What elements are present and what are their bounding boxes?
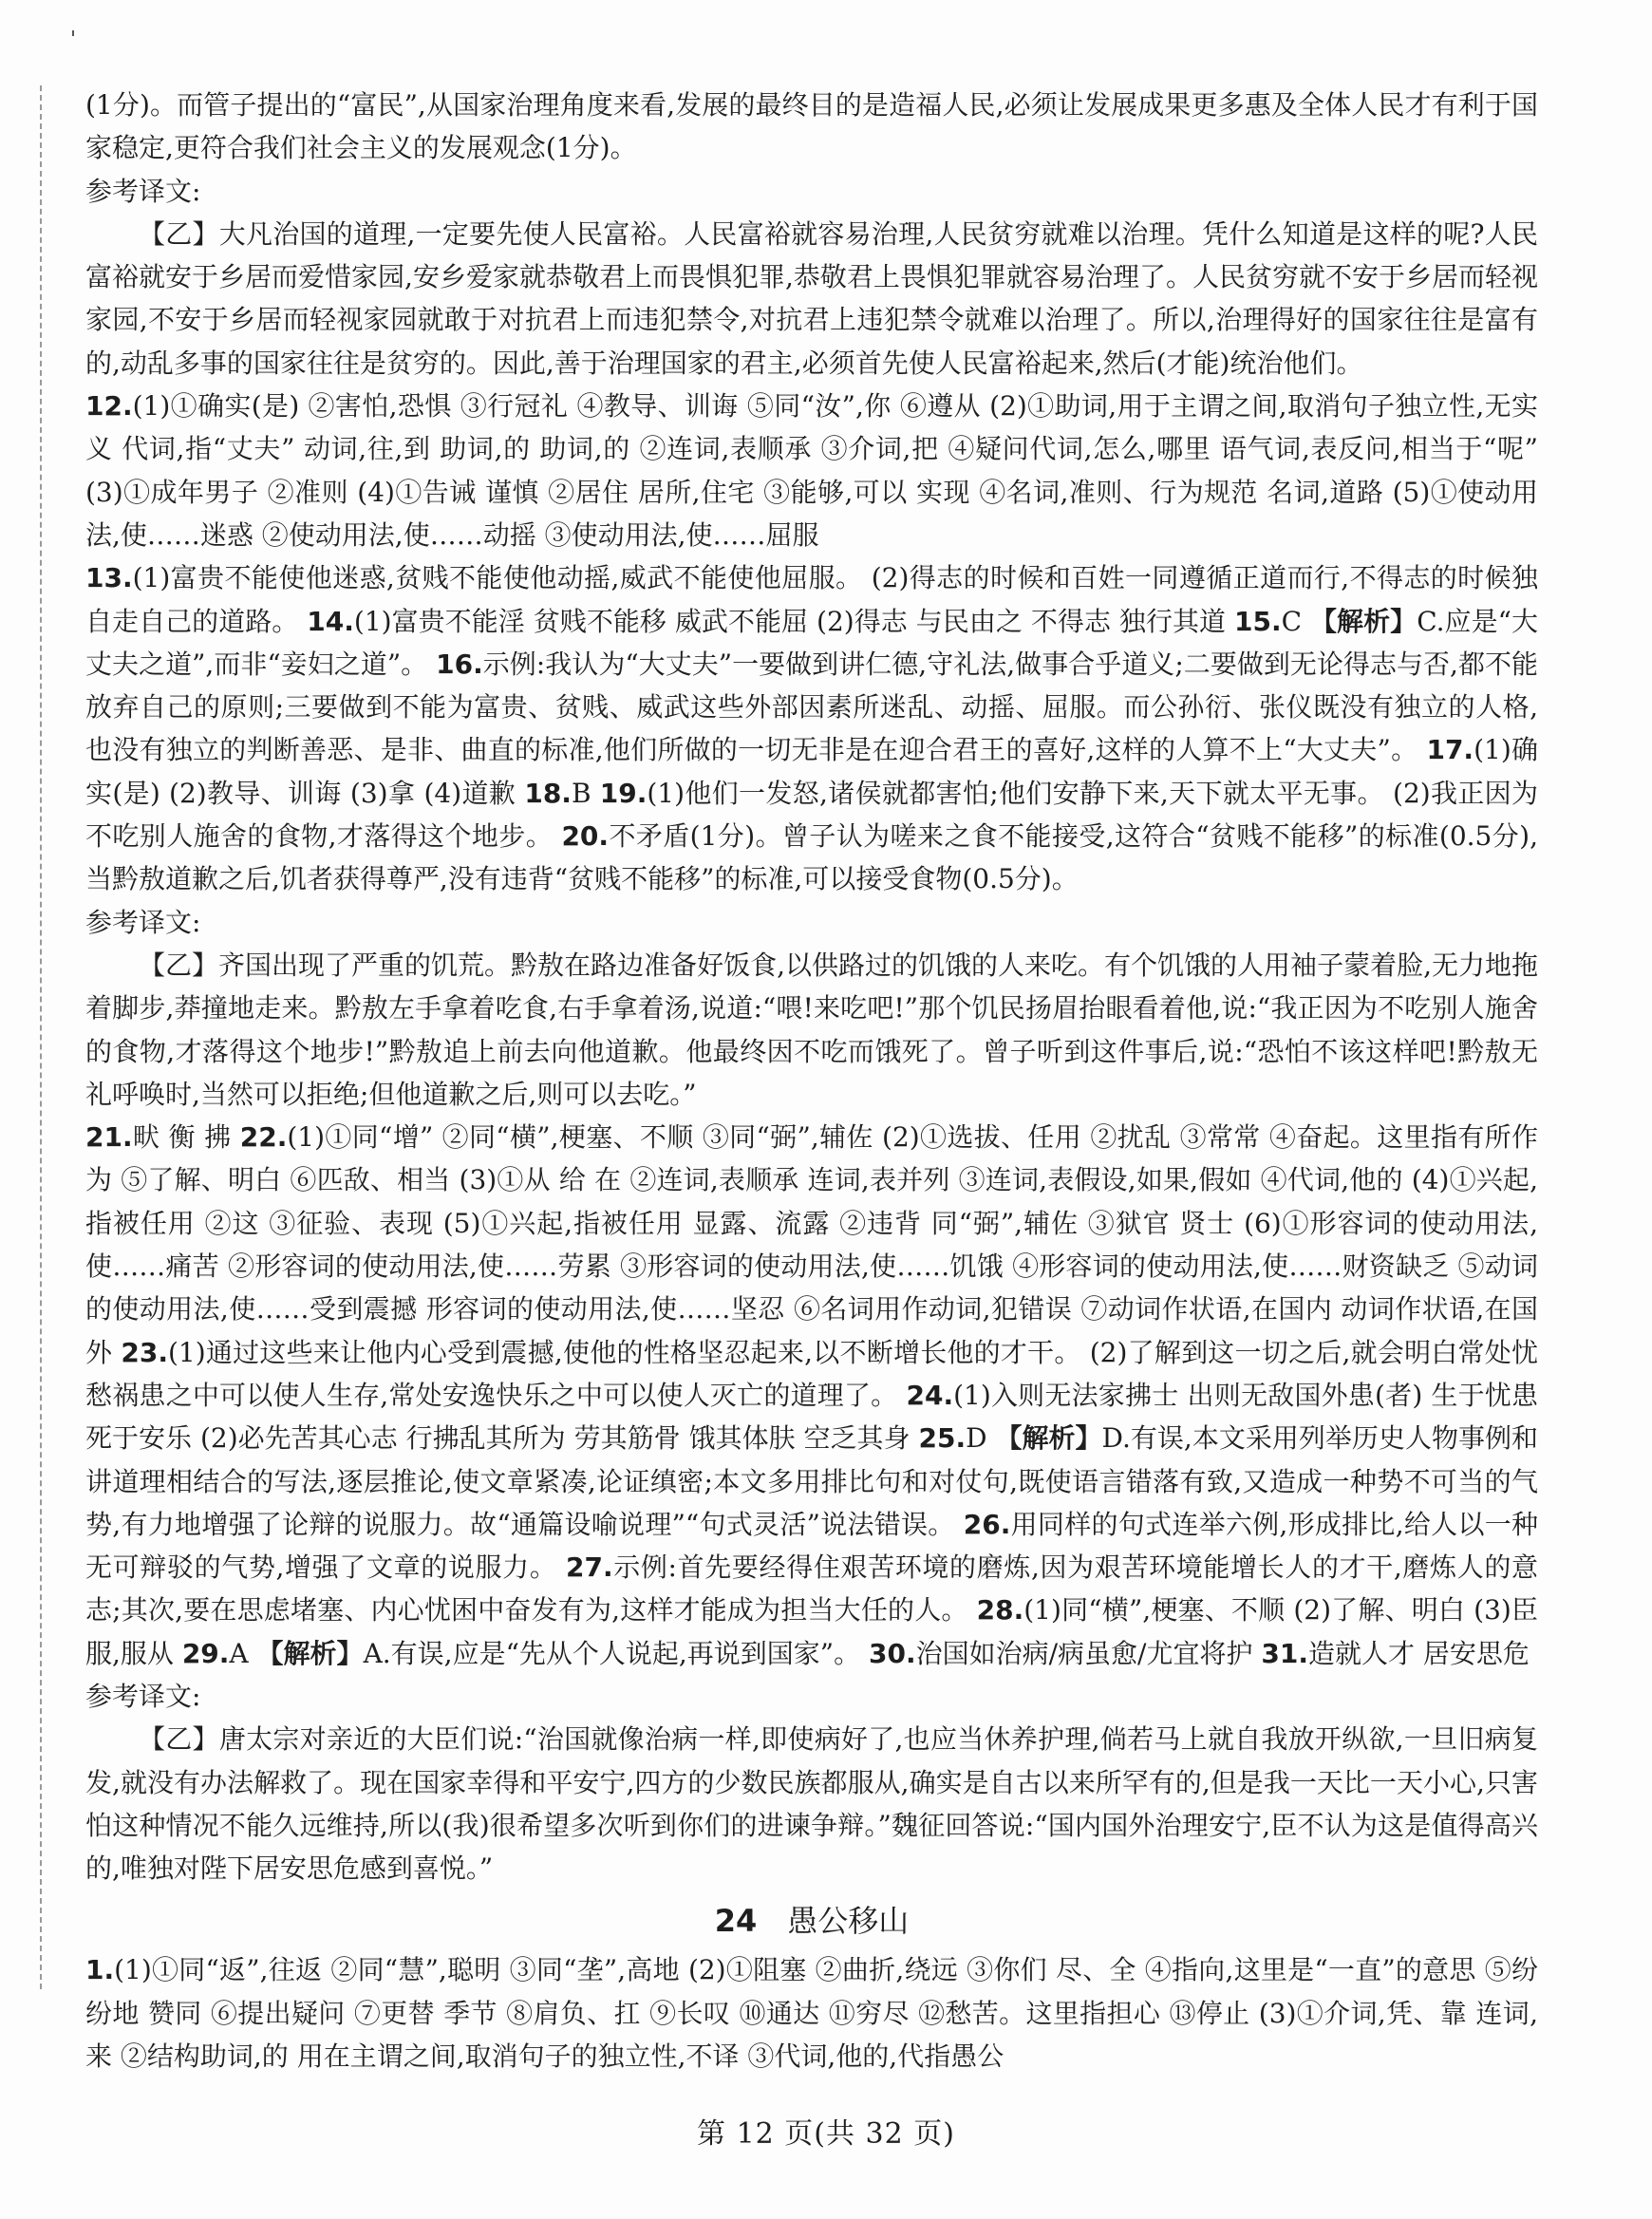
binding-margin-line [40,85,42,1989]
page-number: 第 12 页(共 32 页) [0,2110,1652,2152]
answers-13-20: 13.(1)富贵不能使他迷惑,贫贱不能使他动摇,威武不能使他屈服。 (2)得志的… [85,556,1538,900]
section-number: 24 [715,1903,758,1939]
answer-continuation: (1分)。而管子提出的“富民”,从国家治理角度来看,发展的最终目的是造福人民,必… [85,84,1538,170]
reference-translation-label: 参考译文: [85,901,1538,944]
reference-translation-label: 参考译文: [85,170,1538,213]
answer-key-body: (1分)。而管子提出的“富民”,从国家治理角度来看,发展的最终目的是造福人民,必… [85,84,1538,2078]
translation-paragraph: 【乙】齐国出现了严重的饥荒。黔敖在路边准备好饭食,以供路过的饥饿的人来吃。有个饥… [85,944,1538,1116]
question-number: 12. [85,390,133,422]
reference-translation-label: 参考译文: [85,1675,1538,1718]
answer-12: 12.(1)①确实(是) ②害怕,恐惧 ③行冠礼 ④教导、训诲 ⑤同“汝”,你 … [85,385,1538,556]
section-title: 24愚公移山 [85,1893,1538,1948]
section-name: 愚公移山 [787,1903,909,1939]
translation-paragraph: 【乙】唐太宗对亲近的大臣们说:“治国就像治病一样,即使病好了,也应当休养护理,倘… [85,1718,1538,1890]
answers-21-32: 21.畎 衡 拂 22.(1)①同“增” ②同“横”,梗塞、不顺 ③同“弼”,辅… [85,1116,1538,1675]
answer-1: 1.(1)①同“返”,往返 ②同“慧”,聪明 ③同“垄”,高地 (2)①阻塞 ②… [85,1948,1538,2078]
translation-paragraph: 【乙】大凡治国的道理,一定要先使人民富裕。人民富裕就容易治理,人民贫穷就难以治理… [85,213,1538,385]
corner-mark [72,30,74,36]
